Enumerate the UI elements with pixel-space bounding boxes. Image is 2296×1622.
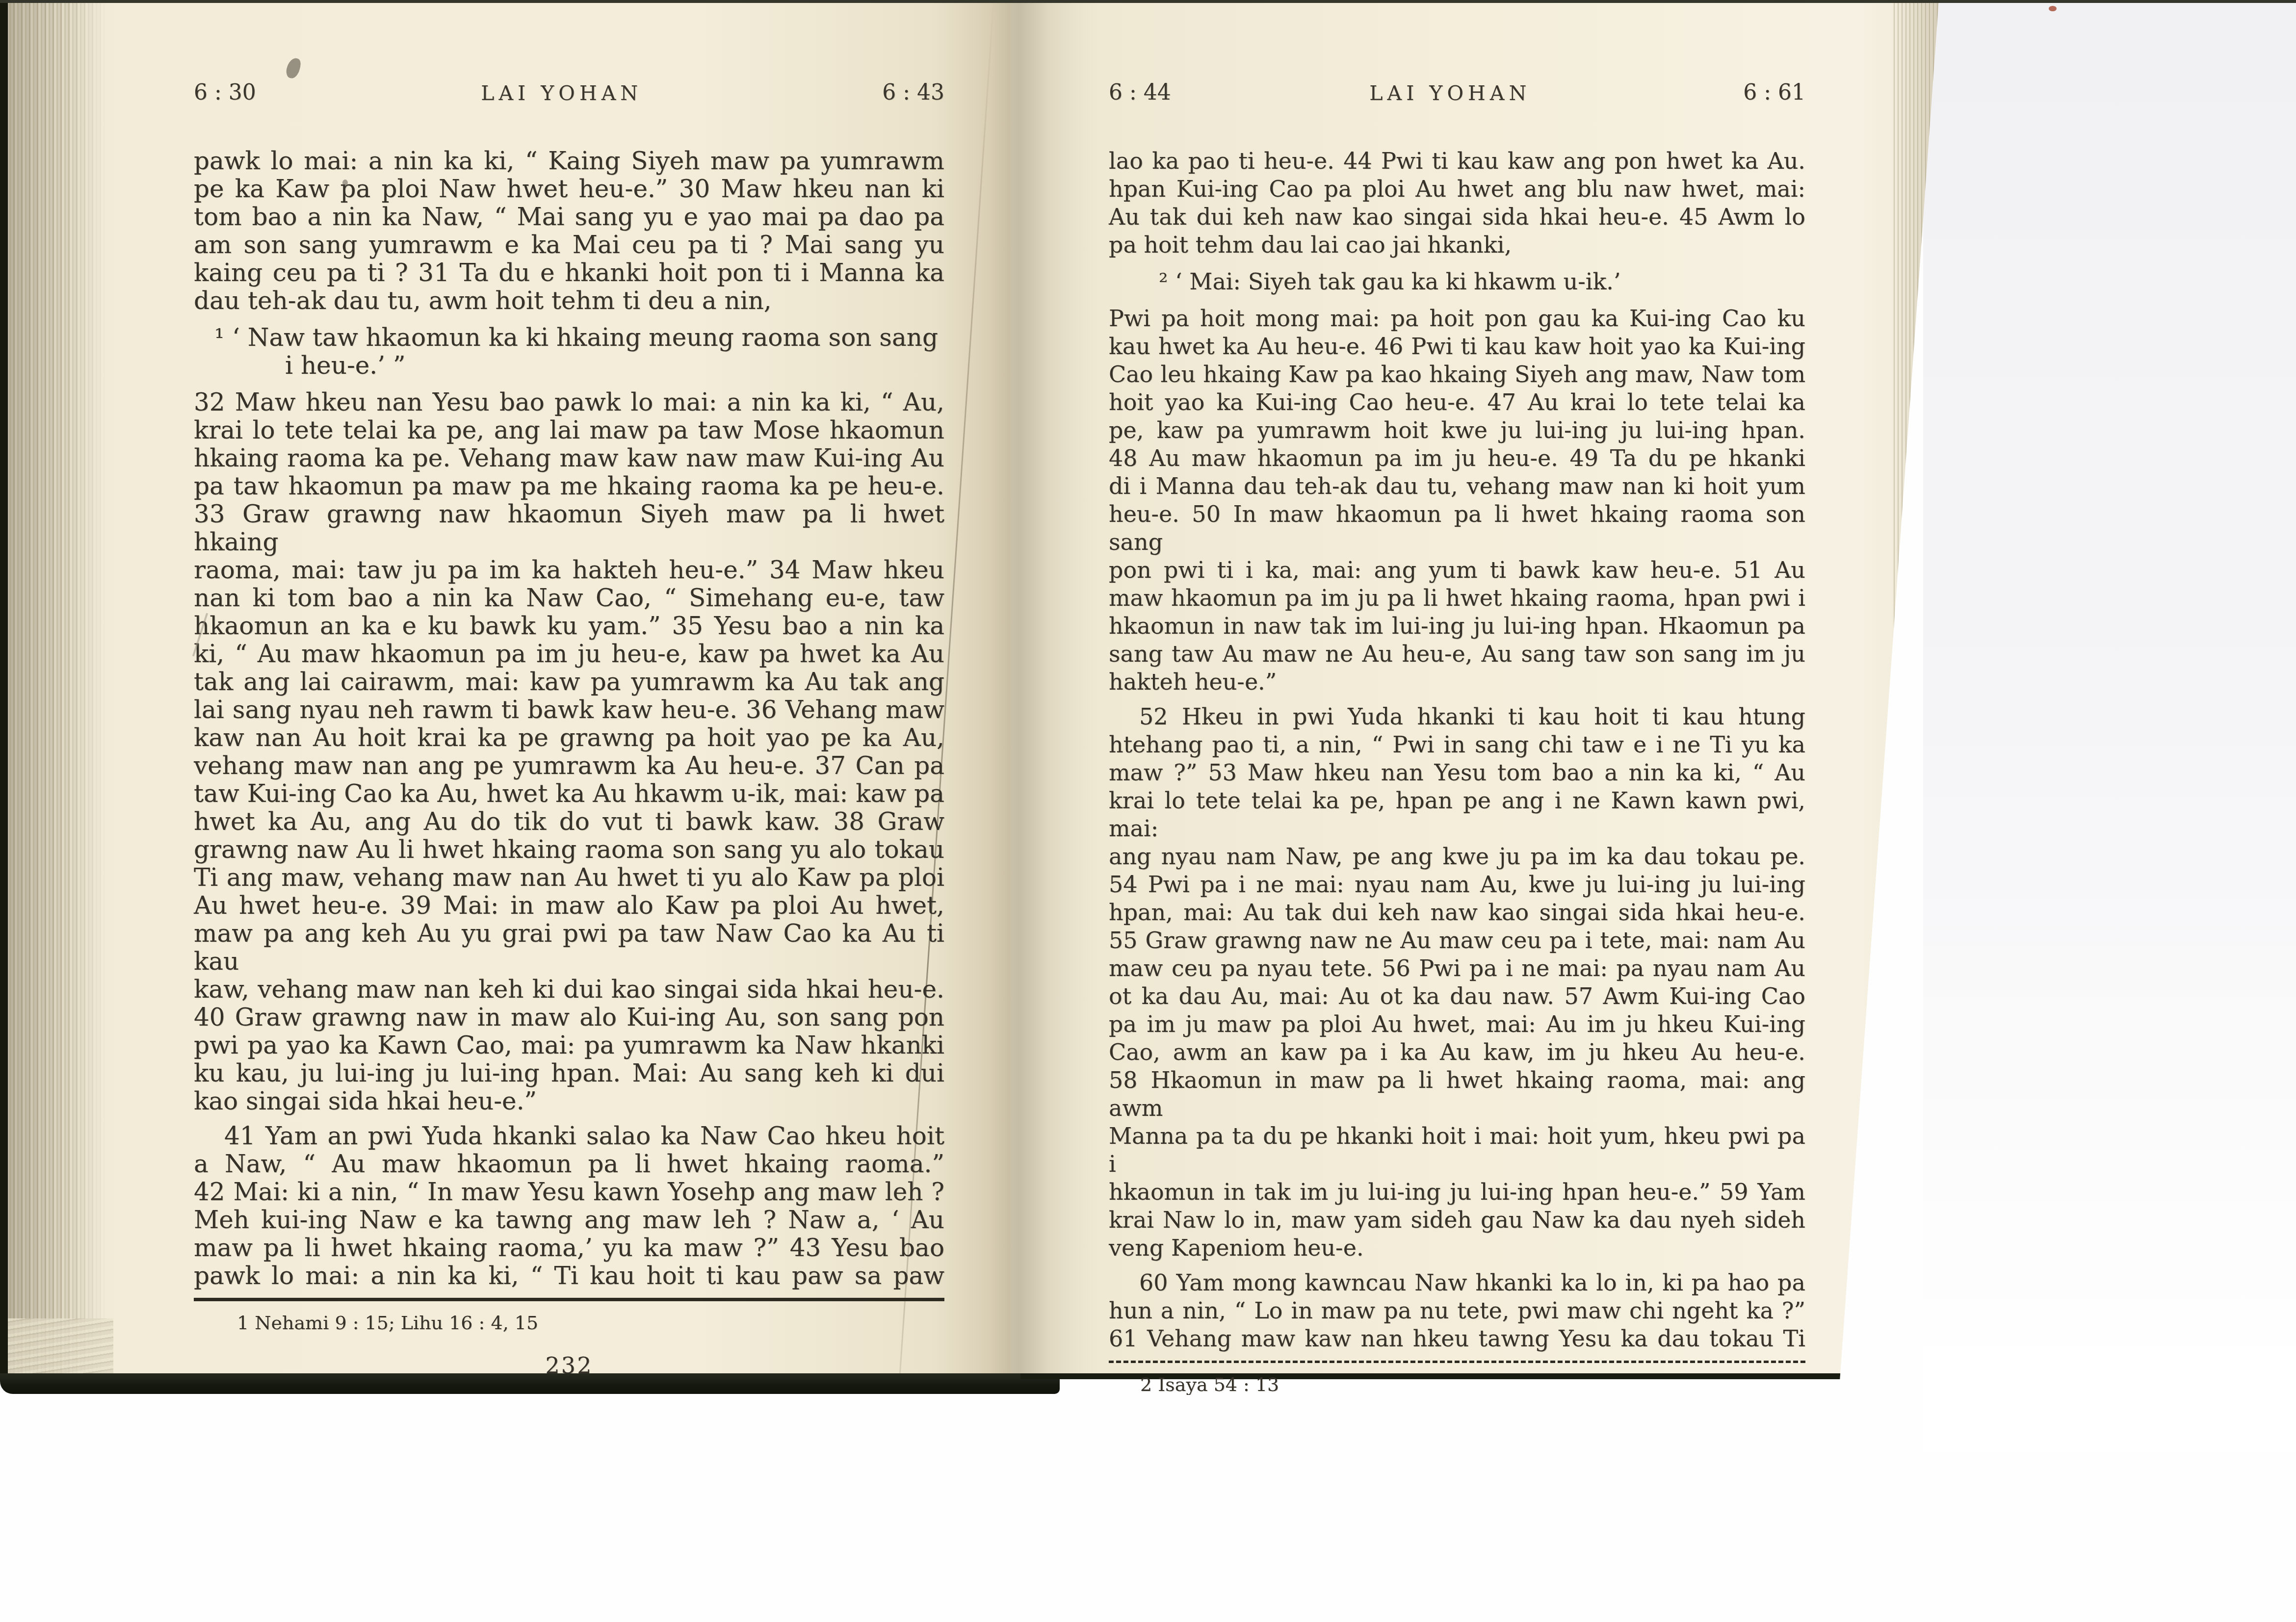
open-book: 6 : 30 LAI YOHAN 6 : 43 pawk lo mai: a n…: [0, 0, 1939, 1395]
text-line: pa hoit tehm dau lai cao jai hkanki,: [1109, 231, 1805, 259]
text-line: grawng naw Au li hwet hkaing raoma son s…: [194, 836, 944, 864]
text-line: maw pa ang keh Au yu grai pwi pa taw Naw…: [194, 920, 944, 976]
text-line: taw Kui-ing Cao ka Au, hwet ka Au hkawm …: [194, 780, 944, 808]
text-line: ang nyau nam Naw, pe ang kwe ju pa im ka…: [1109, 843, 1805, 871]
text-line: hkaomun in tak im ju lui-ing ju lui-ing …: [1109, 1178, 1805, 1206]
text-line: 32 Maw hkeu nan Yesu bao pawk lo mai: a …: [194, 388, 944, 416]
text-line: 41 Yam an pwi Yuda hkanki salao ka Naw C…: [194, 1122, 944, 1150]
text-line: Cao leu hkaing Kaw pa kao hkaing Siyeh a…: [1109, 360, 1805, 388]
text-line: 54 Pwi pa i ne mai: nyau nam Au, kwe ju …: [1109, 871, 1805, 899]
footnote: 2 Isaya 54 : 13: [1109, 1371, 1805, 1399]
text-line: hkaomun an ka e ku bawk ku yam.” 35 Yesu…: [194, 612, 944, 640]
text-line: 58 Hkaomun in maw pa li hwet hkaing raom…: [1109, 1066, 1805, 1122]
right-page-header: 6 : 44 LAI YOHAN 6 : 61: [1109, 78, 1805, 106]
left-page-header: 6 : 30 LAI YOHAN 6 : 43: [194, 78, 944, 106]
text-line: ku kau, ju lui-ing ju lui-ing hpan. Mai:…: [194, 1059, 944, 1087]
text-line: tom bao a nin ka Naw, “ Mai sang yu e ya…: [194, 203, 944, 231]
text-block: pawk lo mai: a nin ka ki, “ Kaing Siyeh …: [194, 147, 944, 315]
footnote-rule: [1109, 1361, 1805, 1363]
text-line: pa taw hkaomun pa maw pa me hkaing raoma…: [194, 472, 944, 500]
text-line: am son sang yumrawm e ka Mai ceu pa ti ?…: [194, 231, 944, 259]
text-line: pon pwi ti i ka, mai: ang yum ti bawk ka…: [1109, 556, 1805, 584]
text-block: 60 Yam mong kawncau Naw hkanki ka lo in,…: [1109, 1269, 1805, 1353]
text-line: kaw nan Au hoit krai ka pe grawng pa hoi…: [194, 724, 944, 752]
text-line: 52 Hkeu in pwi Yuda hkanki ti kau hoit t…: [1109, 703, 1805, 731]
scanned-book-photo: 6 : 30 LAI YOHAN 6 : 43 pawk lo mai: a n…: [0, 0, 2296, 1622]
text-block: Pwi pa hoit mong mai: pa hoit pon gau ka…: [1109, 305, 1805, 696]
text-line: 60 Yam mong kawncau Naw hkanki ka lo in,…: [1109, 1269, 1805, 1297]
text-line: a Naw, “ Au maw hkaomun pa li hwet hkain…: [194, 1150, 944, 1178]
text-line: maw ?” 53 Maw hkeu nan Yesu tom bao a ni…: [1109, 759, 1805, 787]
text-line: i heu-e.’ ”: [194, 352, 944, 380]
text-line: Meh kui-ing Naw e ka tawng ang maw leh ?…: [194, 1206, 944, 1234]
text-line: Cao, awm an kaw pa i ka Au kaw, im ju hk…: [1109, 1038, 1805, 1066]
text-line: pwi pa yao ka Kawn Cao, mai: pa yumrawm …: [194, 1031, 944, 1059]
text-line: 48 Au maw hkaomun pa im ju heu-e. 49 Ta …: [1109, 444, 1805, 472]
left-page: 6 : 30 LAI YOHAN 6 : 43 pawk lo mai: a n…: [194, 78, 944, 1380]
running-title: LAI YOHAN: [481, 79, 642, 107]
text-line: hwet ka Au, ang Au do tik do vut ti bawk…: [194, 808, 944, 836]
text-line: lai sang nyau neh rawm ti bawk kaw heu-e…: [194, 696, 944, 724]
text-line: ot ka dau Au, mai: Au ot ka dau naw. 57 …: [1109, 982, 1805, 1010]
red-speck: [2049, 6, 2057, 11]
text-line: maw hkaomun pa im ju pa li hwet hkaing r…: [1109, 584, 1805, 612]
text-line: htehang pao ti, a nin, “ Pwi in sang chi…: [1109, 731, 1805, 759]
text-line: 61 Vehang maw kaw nan hkeu tawng Yesu ka…: [1109, 1325, 1805, 1353]
verse-ref-start: 6 : 30: [194, 78, 256, 106]
text-line: hun a nin, “ Lo in maw pa nu tete, pwi m…: [1109, 1297, 1805, 1325]
verse-ref-end: 6 : 61: [1743, 78, 1805, 106]
footnote: 1 Nehami 9 : 15; Lihu 16 : 4, 15: [194, 1309, 944, 1337]
book-cover-left-edge: [0, 0, 8, 1379]
verse-ref-end: 6 : 43: [882, 78, 944, 106]
scan-top-edge: [0, 0, 2296, 3]
text-line: vehang maw nan ang pe yumrawm ka Au heu-…: [194, 752, 944, 780]
text-line: lao ka pao ti heu-e. 44 Pwi ti kau kaw a…: [1109, 147, 1805, 175]
text-line: kau hwet ka Au heu-e. 46 Pwi ti kau kaw …: [1109, 333, 1805, 360]
text-line: heu-e. 50 In maw hkaomun pa li hwet hkai…: [1109, 500, 1805, 556]
right-page: 6 : 44 LAI YOHAN 6 : 61 lao ka pao ti he…: [1109, 78, 1805, 1442]
text-line: Ti ang maw, vehang maw nan Au hwet ti yu…: [194, 864, 944, 892]
text-line: krai lo tete telai ka pe, ang lai maw pa…: [194, 416, 944, 444]
text-line: pe, kaw pa yumrawm hoit kwe ju lui-ing j…: [1109, 416, 1805, 444]
text-line: ² ‘ Mai: Siyeh tak gau ka ki hkawm u-ik.…: [1109, 268, 1805, 296]
text-line: hkaomun in naw tak im lui-ing ju lui-ing…: [1109, 612, 1805, 640]
page-body: pawk lo mai: a nin ka ki, “ Kaing Siyeh …: [194, 147, 944, 1290]
book-gutter-shadow: [931, 0, 1100, 1374]
text-line: nan ki tom bao a nin ka Naw Cao, “ Simeh…: [194, 584, 944, 612]
text-line: Manna pa ta du pe hkanki hoit i mai: hoi…: [1109, 1122, 1805, 1178]
text-line: sang taw Au maw ne Au heu-e, Au sang taw…: [1109, 640, 1805, 668]
text-line: Au tak dui keh naw kao singai sida hkai …: [1109, 203, 1805, 231]
scripture-quote-block: ¹ ‘ Naw taw hkaomun ka ki hkaing meung r…: [194, 324, 944, 380]
text-line: kaing ceu pa ti ? 31 Ta du e hkanki hoit…: [194, 259, 944, 287]
text-line: dau teh-ak dau tu, awm hoit tehm ti deu …: [194, 287, 944, 315]
text-line: di i Manna dau teh-ak dau tu, vehang maw…: [1109, 472, 1805, 500]
verse-ref-start: 6 : 44: [1109, 78, 1171, 106]
text-block: lao ka pao ti heu-e. 44 Pwi ti kau kaw a…: [1109, 147, 1805, 259]
text-block: 52 Hkeu in pwi Yuda hkanki ti kau hoit t…: [1109, 703, 1805, 1262]
page-body: lao ka pao ti heu-e. 44 Pwi ti kau kaw a…: [1109, 147, 1805, 1353]
text-line: maw pa li hwet hkaing raoma,’ yu ka maw …: [194, 1234, 944, 1262]
text-line: kao singai sida hkai heu-e.”: [194, 1087, 944, 1115]
text-line: pe ka Kaw pa ploi Naw hwet heu-e.” 30 Ma…: [194, 175, 944, 203]
running-title: LAI YOHAN: [1369, 79, 1531, 107]
text-line: hoit yao ka Kui-ing Cao heu-e. 47 Au kra…: [1109, 388, 1805, 416]
text-line: ¹ ‘ Naw taw hkaomun ka ki hkaing meung r…: [194, 324, 944, 352]
text-line: kaw, vehang maw nan keh ki dui kao singa…: [194, 976, 944, 1004]
text-line: hakteh heu-e.”: [1109, 668, 1805, 696]
text-line: ki, “ Au maw hkaomun pa im ju heu-e, kaw…: [194, 640, 944, 668]
text-line: pawk lo mai: a nin ka ki, “ Ti kau hoit …: [194, 1262, 944, 1290]
text-line: veng Kapeniom heu-e.: [1109, 1234, 1805, 1262]
text-line: krai lo tete telai ka pe, hpan pe ang i …: [1109, 787, 1805, 843]
text-line: Au hwet heu-e. 39 Mai: in maw alo Kaw pa…: [194, 892, 944, 920]
text-line: hpan, mai: Au tak dui keh naw kao singai…: [1109, 899, 1805, 927]
ink-speck: [342, 180, 348, 186]
text-line: 40 Graw grawng naw in maw alo Kui-ing Au…: [194, 1004, 944, 1031]
text-block: 32 Maw hkeu nan Yesu bao pawk lo mai: a …: [194, 388, 944, 1115]
text-line: 55 Graw grawng naw ne Au maw ceu pa i te…: [1109, 927, 1805, 954]
text-line: hkaing raoma ka pe. Vehang maw kaw naw m…: [194, 444, 944, 472]
text-block: 41 Yam an pwi Yuda hkanki salao ka Naw C…: [194, 1122, 944, 1290]
text-line: pawk lo mai: a nin ka ki, “ Kaing Siyeh …: [194, 147, 944, 175]
text-line: Pwi pa hoit mong mai: pa hoit pon gau ka…: [1109, 305, 1805, 333]
footnote-rule: [194, 1298, 944, 1301]
text-line: maw ceu pa nyau tete. 56 Pwi pa i ne mai…: [1109, 954, 1805, 982]
text-line: pa im ju maw pa ploi Au hwet, mai: Au im…: [1109, 1010, 1805, 1038]
text-line: 33 Graw grawng naw hkaomun Siyeh maw pa …: [194, 500, 944, 556]
text-line: tak ang lai cairawm, mai: kaw pa yumrawm…: [194, 668, 944, 696]
page-number: 232: [194, 1352, 944, 1380]
scripture-quote-block: ² ‘ Mai: Siyeh tak gau ka ki hkawm u-ik.…: [1109, 268, 1805, 296]
text-line: krai Naw lo in, maw yam sideh gau Naw ka…: [1109, 1206, 1805, 1234]
text-line: 42 Mai: ki a nin, “ In maw Yesu kawn Yos…: [194, 1178, 944, 1206]
text-line: raoma, mai: taw ju pa im ka hakteh heu-e…: [194, 556, 944, 584]
scanner-background: [1923, 0, 2296, 1452]
left-fore-edge-pages: [7, 0, 106, 1374]
bottom-left-page-stack: [8, 1318, 113, 1374]
text-line: hpan Kui-ing Cao pa ploi Au hwet ang blu…: [1109, 175, 1805, 203]
page-number: 233: [1125, 1414, 1822, 1442]
